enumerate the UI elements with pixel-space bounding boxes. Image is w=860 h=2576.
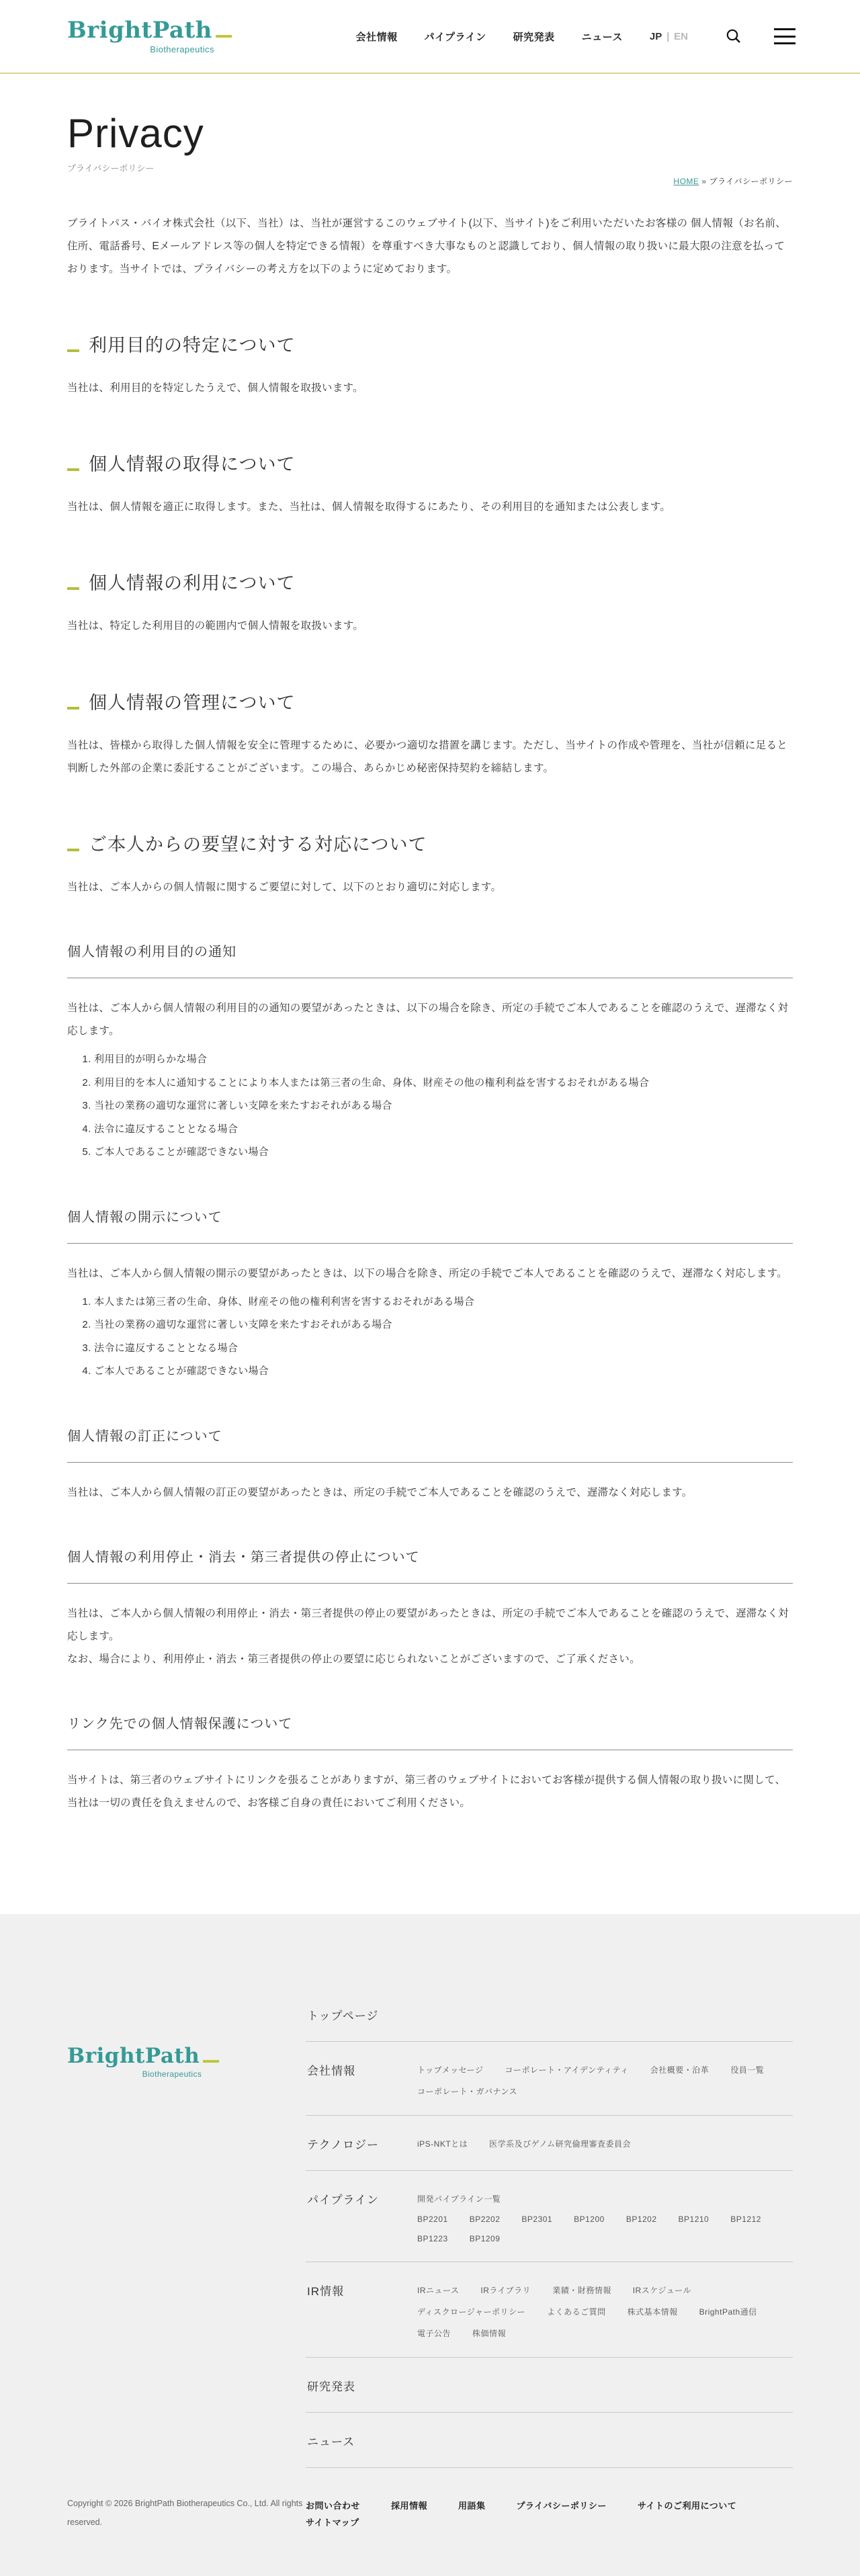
brand-underscore-icon [216, 35, 232, 38]
footer-label-pipeline[interactable]: パイプライン [307, 2189, 417, 2207]
bottom-link-privacy[interactable]: プライバシーポリシー [517, 2499, 607, 2516]
page-subtitle: プライバシーポリシー [67, 161, 793, 174]
footer-row-top: トップページ [306, 1987, 793, 2042]
subsection-linked-sites: リンク先での個人情報保護について 当サイトは、第三者のウェブサイトにリンクを張る… [67, 1713, 793, 1815]
footer-link[interactable]: BP2201 [417, 2215, 448, 2224]
list-item: 利用目的を本人に通知することにより本人または第三者の生命、身体、財産その他の権利… [94, 1072, 793, 1095]
footer-link[interactable]: よくあるご質問 [547, 2306, 606, 2317]
list-item: ご本人であることが確認できない場合 [94, 1360, 793, 1383]
footer-link[interactable]: 電子公告 [417, 2327, 451, 2339]
footer-row-news: ニュース [306, 2413, 793, 2468]
footer-link[interactable]: 業績・財務情報 [552, 2284, 611, 2296]
subsection-heading: リンク先での個人情報保護について [67, 1713, 793, 1732]
footer-link[interactable]: IRニュース [417, 2284, 459, 2296]
footer-link[interactable]: BrightPath通信 [699, 2306, 757, 2317]
subsection-suspension: 個人情報の利用停止・消去・第三者提供の停止について 当社は、ご本人から個人情報の… [67, 1546, 793, 1671]
breadcrumb-home-link[interactable]: HOME [673, 177, 699, 186]
brand-underscore-icon [203, 2060, 219, 2063]
subsection-heading: 個人情報の利用停止・消去・第三者提供の停止について [67, 1546, 793, 1565]
subsection-heading: 個人情報の開示について [67, 1206, 793, 1226]
policy-section-requests: ご本人からの要望に対する対応について 当社は、ご本人からの個人情報に関するご要望… [67, 830, 793, 899]
heading-dash-icon [67, 849, 79, 851]
section-body: 当社は、特定した利用目的の範囲内で個人情報を取扱います。 [67, 615, 793, 638]
policy-section-purpose: 利用目的の特定について 当社は、利用目的を特定したうえで、個人情報を取扱います。 [67, 331, 793, 400]
section-heading: ご本人からの要望に対する対応について [67, 830, 793, 856]
bottom-link-contact[interactable]: お問い合わせ [306, 2499, 360, 2516]
footer-link[interactable]: iPS-NKTとは [417, 2138, 468, 2149]
policy-section-management: 個人情報の管理について 当社は、皆様から取得した個人情報を安全に管理するために、… [67, 688, 793, 780]
subsection-disclosure: 個人情報の開示について 当社は、ご本人から個人情報の開示の要望があったときは、以… [67, 1206, 793, 1383]
site-header: BrightPath Biotherapeutics 会社情報 パイプライン 研… [0, 0, 860, 74]
footer-link[interactable]: コーポレート・アイデンティティ [505, 2064, 628, 2075]
footer-link[interactable]: BP1212 [730, 2215, 761, 2224]
section-divider [67, 1462, 793, 1463]
lang-jp-link[interactable]: JP [650, 31, 662, 42]
list-item: 法令に違反することとなる場合 [94, 1337, 793, 1361]
list-item: 当社の業務の適切な運営に著しい支障を来たすおそれがある場合 [94, 1314, 793, 1337]
search-icon [725, 28, 742, 45]
section-body: 当社は、個人情報を適正に取得します。また、当社は、個人情報を取得するにあたり、そ… [67, 496, 793, 519]
subsection-body: 当社は、ご本人から個人情報の訂正の要望があったときは、所定の手続でご本人であるこ… [67, 1482, 793, 1504]
footer-links-ir: IRニュース IRライブラリ 業績・財務情報 IRスケジュール ディスクロージャ… [417, 2280, 793, 2339]
list-item: 本人または第三者の生命、身体、財産その他の権利利害を害するおそれがある場合 [94, 1291, 793, 1314]
footer-row-ir: IR情報 IRニュース IRライブラリ 業績・財務情報 IRスケジュール ディス… [306, 2262, 793, 2358]
footer-links-technology: iPS-NKTとは 医学系及びゲノム研究倫理審査委員会 [417, 2134, 793, 2149]
section-heading: 利用目的の特定について [67, 331, 793, 357]
footer-row-research: 研究発表 [306, 2358, 793, 2413]
footer-link-pipeline-list[interactable]: 開発パイプライン一覧 [417, 2193, 793, 2204]
section-heading: 個人情報の管理について [67, 688, 793, 714]
footer-row-pipeline: パイプライン 開発パイプライン一覧 BP2201 BP2202 BP2301 B… [306, 2171, 793, 2262]
heading-dash-icon [67, 468, 79, 471]
main-content: Privacy プライバシーポリシー HOME»プライバシーポリシー ブライトパ… [67, 112, 793, 1815]
policy-section-acquisition: 個人情報の取得について 当社は、個人情報を適正に取得します。また、当社は、個人情… [67, 449, 793, 519]
footer-link[interactable]: 株式基本情報 [628, 2306, 678, 2317]
footer-bottom-links: お問い合わせ 採用情報 用語集 プライバシーポリシー サイトのご利用について サ… [306, 2468, 793, 2532]
lang-separator: | [666, 31, 669, 42]
brand-logo[interactable]: BrightPath Biotherapeutics [67, 19, 232, 54]
footer-link[interactable]: BP1209 [470, 2234, 501, 2243]
hamburger-menu-button[interactable] [774, 28, 795, 44]
subsection-heading: 個人情報の利用目的の通知 [67, 941, 793, 960]
footer-label-research[interactable]: 研究発表 [307, 2376, 417, 2394]
list-item: 利用目的が明らかな場合 [94, 1048, 793, 1072]
footer-link[interactable]: IRライブラリ [480, 2284, 531, 2296]
brand-tagline: Biotherapeutics [150, 44, 232, 54]
brand-tagline: Biotherapeutics [142, 2069, 220, 2079]
page-title: Privacy [67, 112, 793, 156]
header-nav: 会社情報 パイプライン 研究発表 ニュース JP | EN [355, 27, 795, 46]
nav-item-company[interactable]: 会社情報 [355, 30, 397, 44]
brand-wordmark: BrightPath [67, 2046, 200, 2067]
intro-paragraph: ブライトパス・バイオ株式会社（以下、当社）は、当社が運営するこのウェブサイト(以… [67, 212, 793, 281]
list-item: 当社の業務の適切な運営に著しい支障を来たすおそれがある場合 [94, 1094, 793, 1118]
footer-link[interactable]: BP1223 [417, 2234, 448, 2243]
case-list: 利用目的が明らかな場合 利用目的を本人に通知することにより本人または第三者の生命… [94, 1048, 793, 1164]
section-body: 当社は、ご本人からの個人情報に関するご要望に対して、以下のとおり適切に対応します… [67, 876, 793, 899]
footer-links-pipeline: 開発パイプライン一覧 BP2201 BP2202 BP2301 BP1200 B… [417, 2189, 793, 2243]
heading-dash-icon [67, 349, 79, 352]
footer-link[interactable]: 医学系及びゲノム研究倫理審査委員会 [489, 2138, 631, 2149]
footer-label-news[interactable]: ニュース [307, 2431, 417, 2449]
section-divider [67, 978, 793, 978]
copyright-text: Copyright © 2026 BrightPath Biotherapeut… [66, 2468, 306, 2532]
subsection-body: 当社は、ご本人から個人情報の利用目的の通知の要望があったときは、以下の場合を除き… [67, 997, 793, 1043]
list-item: 法令に違反することとなる場合 [94, 1118, 793, 1142]
section-body: 当社は、利用目的を特定したうえで、個人情報を取扱います。 [67, 377, 793, 400]
footer-row-company: 会社情報 トップメッセージ コーポレート・アイデンティティ 会社概要・沿革 役員… [306, 2042, 793, 2116]
footer-links-company: トップメッセージ コーポレート・アイデンティティ 会社概要・沿革 役員一覧 コー… [417, 2060, 793, 2097]
case-list: 本人または第三者の生命、身体、財産その他の権利利害を害するおそれがある場合 当社… [94, 1291, 793, 1383]
section-heading: 個人情報の利用について [67, 568, 793, 595]
brand-wordmark: BrightPath [67, 19, 212, 42]
search-button[interactable] [724, 27, 743, 46]
subsection-body: 当サイトは、第三者のウェブサイトにリンクを張ることがありますが、第三者のウェブサ… [67, 1769, 793, 1815]
footer-link[interactable]: コーポレート・ガバナンス [417, 2086, 517, 2097]
breadcrumb-separator: » [701, 177, 706, 186]
footer-label-technology[interactable]: テクノロジー [307, 2134, 417, 2152]
footer-link[interactable]: BP2202 [470, 2215, 501, 2224]
section-heading: 個人情報の取得について [67, 449, 793, 476]
footer-nav: トップページ 会社情報 トップメッセージ コーポレート・アイデンティティ 会社概… [306, 1987, 793, 2468]
nav-item-news[interactable]: ニュース [582, 30, 623, 44]
footer-link[interactable]: IRスケジュール [633, 2284, 691, 2296]
footer-label-top[interactable]: トップページ [307, 2005, 417, 2023]
bottom-link-glossary[interactable]: 用語集 [458, 2499, 486, 2516]
footer-link[interactable]: ディスクロージャーポリシー [417, 2306, 525, 2317]
list-item: ご本人であることが確認できない場合 [94, 1141, 793, 1164]
footer-bottom: Copyright © 2026 BrightPath Biotherapeut… [66, 2468, 793, 2532]
bottom-link-recruit[interactable]: 採用情報 [391, 2499, 427, 2516]
bottom-link-terms[interactable]: サイトのご利用について [638, 2499, 736, 2516]
site-footer: BrightPath Biotherapeutics トップページ 会社情報 ト… [0, 1914, 860, 2576]
subsection-body: 当社は、ご本人から個人情報の利用停止・消去・第三者提供の停止の要望があったときは… [67, 1602, 793, 1648]
subsection-purpose-notice: 個人情報の利用目的の通知 当社は、ご本人から個人情報の利用目的の通知の要望があっ… [67, 941, 793, 1164]
language-switch: JP | EN [650, 31, 688, 42]
section-body: 当社は、皆様から取得した個人情報を安全に管理するために、必要かつ適切な措置を講じ… [67, 734, 793, 780]
section-divider [67, 1243, 793, 1244]
subsection-correction: 個人情報の訂正について 当社は、ご本人から個人情報の訂正の要望があったときは、所… [67, 1425, 793, 1504]
nav-item-research[interactable]: 研究発表 [513, 30, 555, 44]
policy-section-use: 個人情報の利用について 当社は、特定した利用目的の範囲内で個人情報を取扱います。 [67, 568, 793, 638]
footer-label-company[interactable]: 会社情報 [307, 2060, 417, 2078]
bottom-link-sitemap[interactable]: サイトマップ [306, 2516, 359, 2532]
heading-dash-icon [67, 707, 79, 710]
breadcrumb: HOME»プライバシーポリシー [67, 175, 793, 187]
heading-dash-icon [67, 587, 79, 590]
subsection-body: 当社は、ご本人から個人情報の開示の要望があったときは、以下の場合を除き、所定の手… [67, 1262, 793, 1285]
section-divider [67, 1750, 793, 1750]
footer-label-ir[interactable]: IR情報 [307, 2280, 417, 2299]
hamburger-icon [774, 28, 795, 30]
subsection-heading: 個人情報の訂正について [67, 1425, 793, 1445]
footer-link[interactable]: 会社概要・沿革 [650, 2064, 709, 2075]
footer-link[interactable]: BP2301 [521, 2215, 552, 2224]
footer-row-technology: テクノロジー iPS-NKTとは 医学系及びゲノム研究倫理審査委員会 [306, 2116, 793, 2171]
section-divider [67, 1583, 793, 1584]
breadcrumb-current: プライバシーポリシー [709, 177, 793, 186]
footer-link[interactable]: トップメッセージ [417, 2064, 483, 2075]
footer-link[interactable]: BP1202 [626, 2215, 657, 2224]
footer-link[interactable]: 株価情報 [472, 2327, 506, 2339]
nav-item-pipeline[interactable]: パイプライン [425, 30, 486, 44]
lang-en-link[interactable]: EN [674, 31, 688, 42]
footer-link[interactable]: BP1210 [679, 2215, 709, 2224]
footer-brand-column: BrightPath Biotherapeutics [66, 1987, 306, 2468]
footer-link[interactable]: BP1200 [574, 2215, 605, 2224]
footer-brand-logo[interactable]: BrightPath Biotherapeutics [67, 2046, 219, 2079]
subsection-note: なお、場合により、利用停止・消去・第三者提供の停止の要望に応じられないことがござ… [67, 1648, 793, 1671]
footer-link[interactable]: 役員一覧 [730, 2064, 764, 2075]
